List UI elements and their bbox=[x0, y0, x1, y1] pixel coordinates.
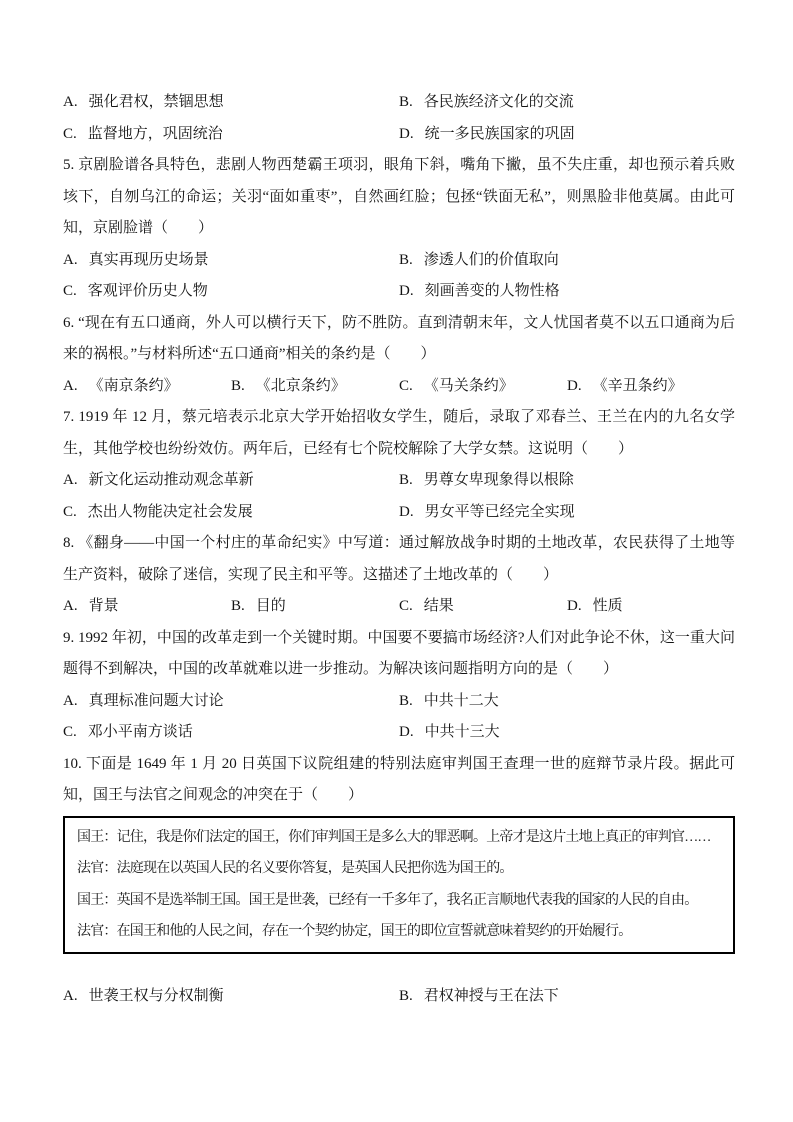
option-label: B. bbox=[399, 472, 413, 488]
option-label: B. bbox=[231, 598, 245, 614]
option-text: 渗透人们的价值取向 bbox=[424, 252, 559, 268]
q4-option-a: A.强化君权，禁锢思想 bbox=[63, 87, 399, 119]
option-text: 《马关条约》 bbox=[424, 378, 514, 394]
option-text: 背景 bbox=[89, 598, 119, 614]
dialog-line-judge-1: 法官：法庭现在以英国人民的名义要你答复，是英国人民把你选为国王的。 bbox=[77, 853, 721, 885]
q6-option-c: C.《马关条约》 bbox=[399, 371, 567, 403]
option-text: 男女平等已经完全实现 bbox=[425, 504, 575, 520]
option-text: 《南京条约》 bbox=[89, 378, 179, 394]
q5-stem: 5. 京剧脸谱各具特色，悲剧人物西楚霸王项羽，眼角下斜，嘴角下撇，虽不失庄重，却… bbox=[63, 150, 735, 245]
option-label: B. bbox=[399, 94, 413, 110]
option-text: 邓小平南方谈话 bbox=[88, 724, 193, 740]
option-label: A. bbox=[63, 598, 78, 614]
option-text: 统一多民族国家的巩固 bbox=[425, 126, 575, 142]
q10-option-a: A.世袭王权与分权制衡 bbox=[63, 981, 399, 1013]
option-label: D. bbox=[567, 598, 582, 614]
q6-option-row: A.《南京条约》 B.《北京条约》 C.《马关条约》 D.《辛丑条约》 bbox=[63, 371, 735, 403]
dialog-line-king-2: 国王：英国不是选举制王国。国王是世袭，已经有一千多年了，我名正言顺地代表我的国家… bbox=[77, 885, 721, 917]
q8-option-d: D.性质 bbox=[567, 591, 735, 623]
q5-option-b: B.渗透人们的价值取向 bbox=[399, 245, 735, 277]
option-label: C. bbox=[63, 504, 77, 520]
q9-option-row-1: A.真理标准问题大讨论 B.中共十二大 bbox=[63, 686, 735, 718]
q7-option-row-2: C.杰出人物能决定社会发展 D.男女平等已经完全实现 bbox=[63, 497, 735, 529]
q9-option-b: B.中共十二大 bbox=[399, 686, 735, 718]
q9-option-row-2: C.邓小平南方谈话 D.中共十三大 bbox=[63, 717, 735, 749]
dialog-line-king-1: 国王：记住，我是你们法定的国王，你们审判国王是多么大的罪恶啊。上帝才是这片土地上… bbox=[77, 822, 721, 854]
q6-option-b: B.《北京条约》 bbox=[231, 371, 399, 403]
q5-option-a: A.真实再现历史场景 bbox=[63, 245, 399, 277]
q7-option-row-1: A.新文化运动推动观念革新 B.男尊女卑现象得以根除 bbox=[63, 465, 735, 497]
option-text: 真实再现历史场景 bbox=[89, 252, 209, 268]
option-label: D. bbox=[399, 126, 414, 142]
option-text: 新文化运动推动观念革新 bbox=[89, 472, 254, 488]
q4-option-b: B.各民族经济文化的交流 bbox=[399, 87, 735, 119]
option-label: A. bbox=[63, 693, 78, 709]
option-text: 《辛丑条约》 bbox=[593, 378, 683, 394]
option-label: A. bbox=[63, 94, 78, 110]
q6-option-d: D.《辛丑条约》 bbox=[567, 371, 735, 403]
option-label: B. bbox=[399, 988, 413, 1004]
q7-option-b: B.男尊女卑现象得以根除 bbox=[399, 465, 735, 497]
option-text: 真理标准问题大讨论 bbox=[89, 693, 224, 709]
option-text: 君权神授与王在法下 bbox=[424, 988, 559, 1004]
q4-option-d: D.统一多民族国家的巩固 bbox=[399, 119, 735, 151]
q5-option-c: C.客观评价历史人物 bbox=[63, 276, 399, 308]
q10-stem: 10. 下面是 1649 年 1 月 20 日英国下议院组建的特别法庭审判国王查… bbox=[63, 749, 735, 812]
q4-option-row-2: C.监督地方，巩固统治 D.统一多民族国家的巩固 bbox=[63, 119, 735, 151]
q10-option-row: A.世袭王权与分权制衡 B.君权神授与王在法下 bbox=[63, 981, 735, 1013]
q9-option-a: A.真理标准问题大讨论 bbox=[63, 686, 399, 718]
q7-option-c: C.杰出人物能决定社会发展 bbox=[63, 497, 399, 529]
q9-stem: 9. 1992 年初，中国的改革走到一个关键时期。中国要不要搞市场经济?人们对此… bbox=[63, 623, 735, 686]
option-text: 客观评价历史人物 bbox=[88, 283, 208, 299]
option-label: D. bbox=[399, 283, 414, 299]
option-text: 性质 bbox=[593, 598, 623, 614]
option-text: 中共十三大 bbox=[425, 724, 500, 740]
option-label: A. bbox=[63, 378, 78, 394]
q6-option-a: A.《南京条约》 bbox=[63, 371, 231, 403]
option-text: 中共十二大 bbox=[424, 693, 499, 709]
option-label: C. bbox=[399, 378, 413, 394]
option-label: A. bbox=[63, 988, 78, 1004]
option-label: C. bbox=[63, 724, 77, 740]
option-label: A. bbox=[63, 252, 78, 268]
q9-option-c: C.邓小平南方谈话 bbox=[63, 717, 399, 749]
q4-option-row-1: A.强化君权，禁锢思想 B.各民族经济文化的交流 bbox=[63, 87, 735, 119]
q7-stem: 7. 1919 年 12 月，蔡元培表示北京大学开始招收女学生，随后，录取了邓春… bbox=[63, 402, 735, 465]
option-text: 《北京条约》 bbox=[256, 378, 346, 394]
option-text: 男尊女卑现象得以根除 bbox=[424, 472, 574, 488]
option-label: A. bbox=[63, 472, 78, 488]
q8-option-c: C.结果 bbox=[399, 591, 567, 623]
option-label: B. bbox=[399, 693, 413, 709]
option-text: 目的 bbox=[256, 598, 286, 614]
q7-option-d: D.男女平等已经完全实现 bbox=[399, 497, 735, 529]
option-label: B. bbox=[399, 252, 413, 268]
option-text: 监督地方，巩固统治 bbox=[88, 126, 223, 142]
q10-option-b: B.君权神授与王在法下 bbox=[399, 981, 735, 1013]
q4-option-c: C.监督地方，巩固统治 bbox=[63, 119, 399, 151]
courtroom-dialog-box: 国王：记住，我是你们法定的国王，你们审判国王是多么大的罪恶啊。上帝才是这片土地上… bbox=[63, 816, 735, 954]
option-label: C. bbox=[63, 126, 77, 142]
option-label: D. bbox=[567, 378, 582, 394]
q8-option-a: A.背景 bbox=[63, 591, 231, 623]
q8-option-b: B.目的 bbox=[231, 591, 399, 623]
dialog-line-judge-2: 法官：在国王和他的人民之间，存在一个契约协定，国王的即位宣誓就意味着契约的开始履… bbox=[77, 916, 721, 948]
q5-option-row-1: A.真实再现历史场景 B.渗透人们的价值取向 bbox=[63, 245, 735, 277]
option-label: B. bbox=[231, 378, 245, 394]
q7-option-a: A.新文化运动推动观念革新 bbox=[63, 465, 399, 497]
q9-option-d: D.中共十三大 bbox=[399, 717, 735, 749]
exam-page: A.强化君权，禁锢思想 B.各民族经济文化的交流 C.监督地方，巩固统治 D.统… bbox=[0, 0, 793, 1122]
q8-option-row: A.背景 B.目的 C.结果 D.性质 bbox=[63, 591, 735, 623]
option-text: 各民族经济文化的交流 bbox=[424, 94, 574, 110]
option-label: C. bbox=[63, 283, 77, 299]
q6-stem: 6. “现在有五口通商，外人可以横行天下，防不胜防。直到清朝末年，文人忧国者莫不… bbox=[63, 308, 735, 371]
q5-option-d: D.刻画善变的人物性格 bbox=[399, 276, 735, 308]
option-text: 强化君权，禁锢思想 bbox=[89, 94, 224, 110]
q8-stem: 8. 《翻身——中国一个村庄的革命纪实》中写道：通过解放战争时期的土地改革，农民… bbox=[63, 528, 735, 591]
option-label: C. bbox=[399, 598, 413, 614]
option-text: 刻画善变的人物性格 bbox=[425, 283, 560, 299]
q5-option-row-2: C.客观评价历史人物 D.刻画善变的人物性格 bbox=[63, 276, 735, 308]
option-text: 世袭王权与分权制衡 bbox=[89, 988, 224, 1004]
option-text: 结果 bbox=[424, 598, 454, 614]
option-label: D. bbox=[399, 724, 414, 740]
option-text: 杰出人物能决定社会发展 bbox=[88, 504, 253, 520]
option-label: D. bbox=[399, 504, 414, 520]
